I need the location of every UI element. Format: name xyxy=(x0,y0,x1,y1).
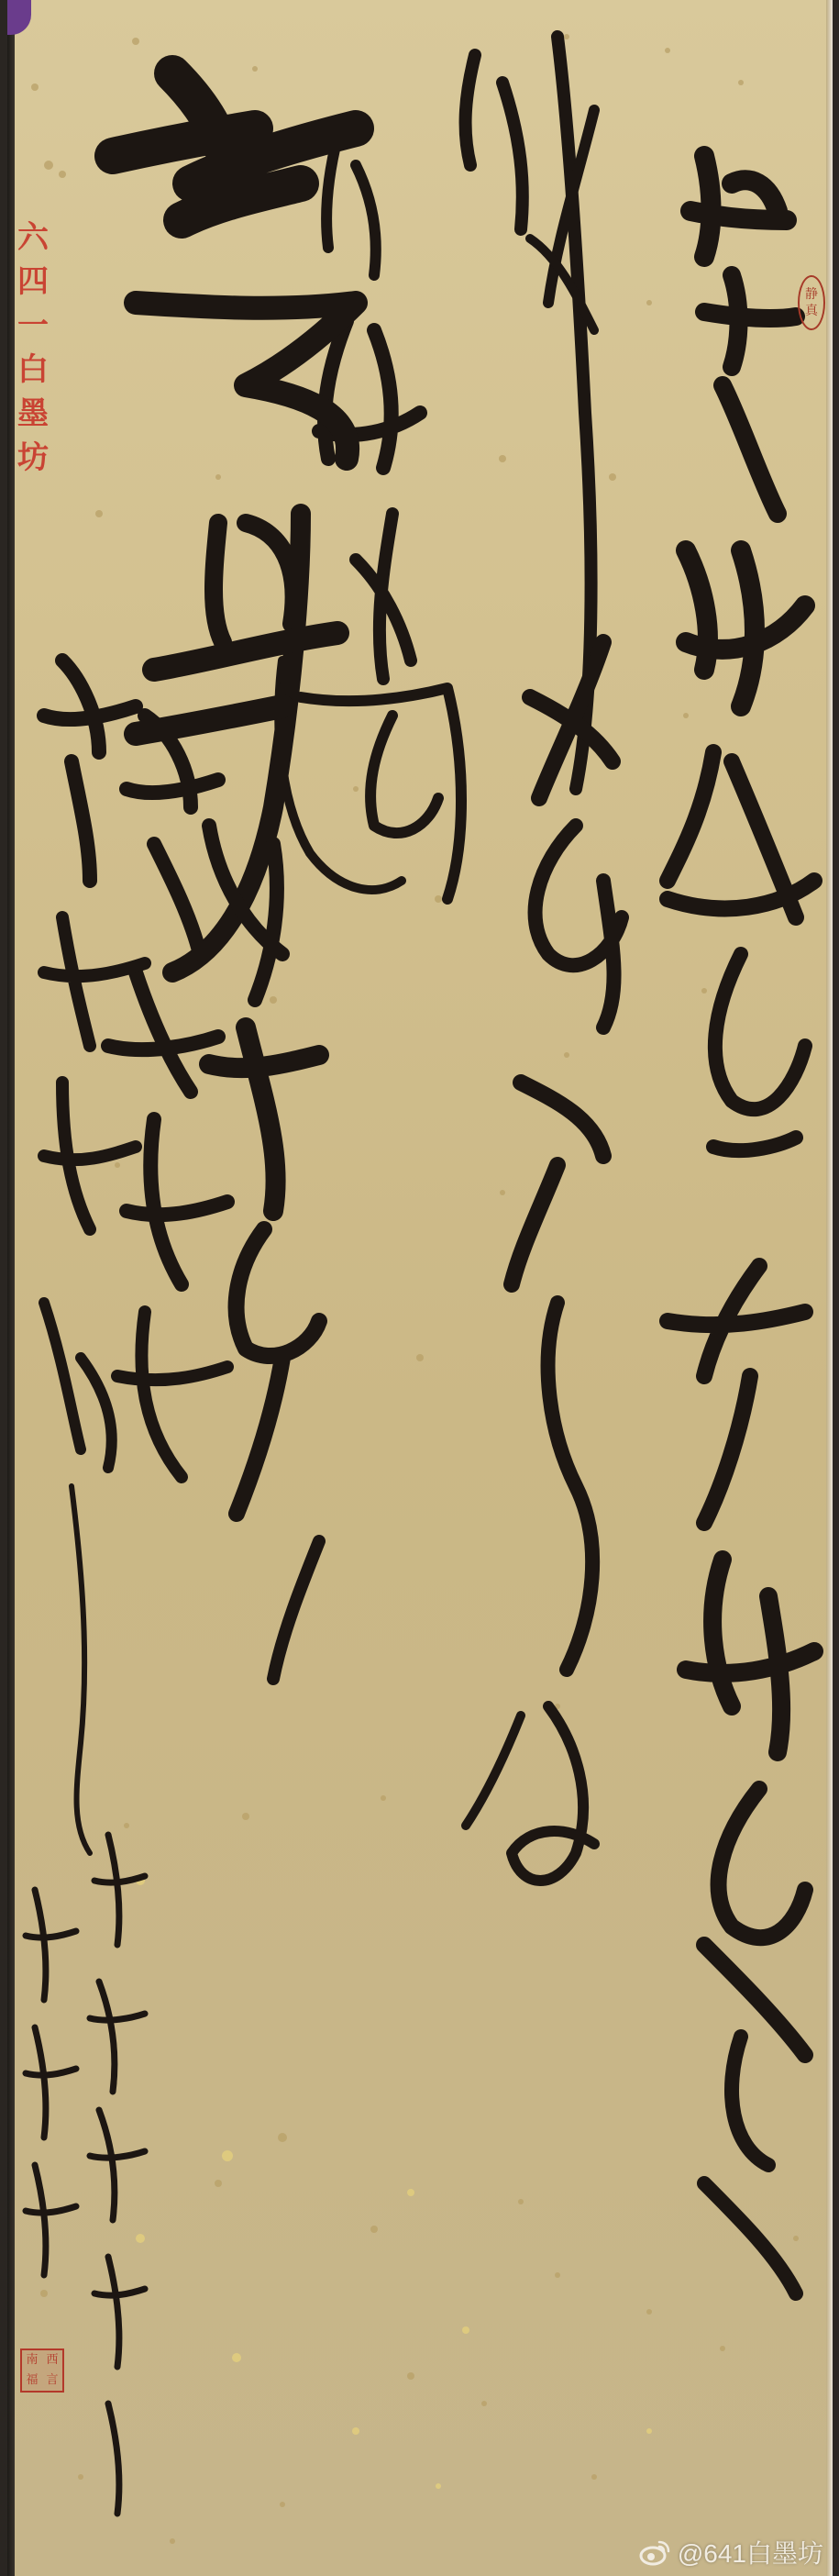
column-6-characters xyxy=(44,661,145,1853)
column-2-characters xyxy=(466,37,622,1881)
vertical-red-seal: 六 四 一 白 墨 坊 xyxy=(15,216,51,480)
column-1-characters xyxy=(668,156,814,2293)
square-red-seal: 南 西 福 言 xyxy=(20,2348,64,2393)
oval-red-seal: 静 真 xyxy=(798,275,825,330)
column-4-characters xyxy=(113,73,356,1679)
calligraphy-ink xyxy=(7,0,833,2576)
calligraphy-scroll: 六 四 一 白 墨 坊 静 真 南 西 福 言 @641白墨坊 xyxy=(7,0,833,2576)
watermark-text: @641白墨坊 xyxy=(678,2534,823,2570)
weibo-watermark: @641白墨坊 xyxy=(639,2534,823,2570)
inscription-characters xyxy=(26,1835,145,2514)
weibo-icon xyxy=(639,2538,672,2566)
